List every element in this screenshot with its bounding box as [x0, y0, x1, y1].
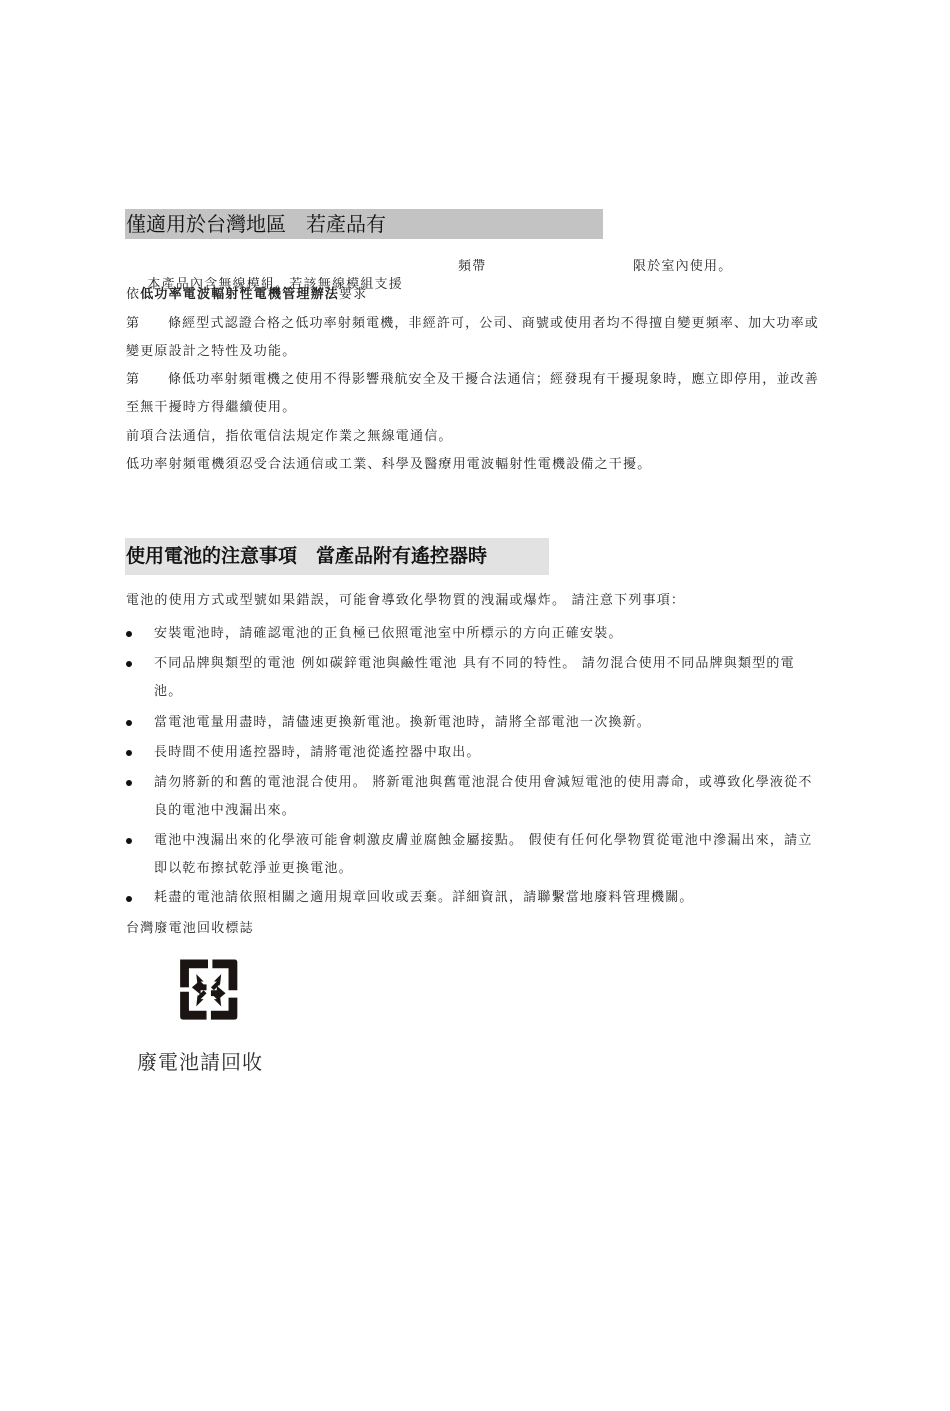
article1-line1: 條經型式認證合格之低功率射頻電機，非經許可，公司、商號或使用者均不得擅自變更頻率…: [168, 315, 819, 333]
bullet-dot: [126, 780, 132, 786]
article2-label: 第: [126, 371, 140, 389]
article1-label: 第: [126, 315, 140, 333]
article1-line2: 變更原設計之特性及功能。: [126, 343, 296, 361]
recycle-logo-caption: 廢電池請回收: [137, 1046, 263, 1075]
note-legal-communication: 前項合法通信，指依電信法規定作業之無線電通信。: [126, 428, 453, 446]
regulation-name: 低功率電波輻射性電機管理辦法: [140, 287, 339, 302]
recycle-label: 台灣廢電池回收標誌: [126, 920, 254, 938]
list-item-continuation: 即以乾布擦拭乾淨並更換電池。: [154, 860, 353, 878]
list-item: 長時間不使用遙控器時，請將電池從遙控器中取出。: [154, 744, 481, 762]
taiwan-recycle-icon: [136, 958, 280, 1046]
bullet-dot: [126, 720, 132, 726]
list-item: 請勿將新的和舊的電池混合使用。 將新電池與舊電池混合使用會減短電池的使用壽命，或…: [154, 774, 813, 792]
list-item: 安裝電池時，請確認電池的正負極已依照電池室中所標示的方向正確安裝。: [154, 625, 623, 643]
note-interference: 低功率射頻電機須忍受合法通信或工業、科學及醫療用電波輻射性電機設備之干擾。: [126, 456, 651, 474]
document-page: 僅適用於台灣地區 若產品有 本產品內含無線模組。若該無線模組支援 頻帶 限於室內…: [0, 0, 950, 1411]
wireless-indoor: 限於室內使用。: [633, 258, 732, 276]
regulation-prefix: 依: [126, 287, 140, 302]
bullet-dot: [126, 838, 132, 844]
list-item-continuation: 池。: [154, 683, 182, 701]
list-item: 當電池電量用盡時，請儘速更換新電池。換新電池時，請將全部電池一次換新。: [154, 714, 651, 732]
bullet-dot: [126, 661, 132, 667]
bullet-dot: [126, 631, 132, 637]
battery-intro: 電池的使用方式或型號如果錯誤，可能會導致化學物質的洩漏或爆炸。 請注意下列事項：: [126, 592, 685, 610]
bullet-dot: [126, 750, 132, 756]
list-item: 電池中洩漏出來的化學液可能會刺激皮膚並腐蝕金屬接點。 假使有任何化學物質從電池中…: [154, 832, 813, 850]
bullet-dot: [126, 896, 132, 902]
article2-line1: 條低功率射頻電機之使用不得影響飛航安全及干擾合法通信；經發現有干擾現象時，應立即…: [168, 371, 819, 389]
wireless-band: 頻帶: [458, 258, 486, 276]
section-heading-taiwan: 僅適用於台灣地區 若產品有: [125, 209, 603, 239]
section-heading-battery: 使用電池的注意事項 當產品附有遙控器時: [125, 538, 549, 575]
regulation-suffix: 要求: [339, 287, 367, 302]
list-item: 耗盡的電池請依照相關之適用規章回收或丟棄。詳細資訊，請聯繫當地廢料管理機關。: [154, 889, 694, 907]
article2-line2: 至無干擾時方得繼續使用。: [126, 399, 296, 417]
list-item: 不同品牌與類型的電池 例如碳鋅電池與鹼性電池 具有不同的特性。 請勿混合使用不同…: [154, 655, 795, 673]
list-item-continuation: 良的電池中洩漏出來。: [154, 802, 296, 820]
regulation-line: 依低功率電波輻射性電機管理辦法要求: [126, 286, 367, 304]
